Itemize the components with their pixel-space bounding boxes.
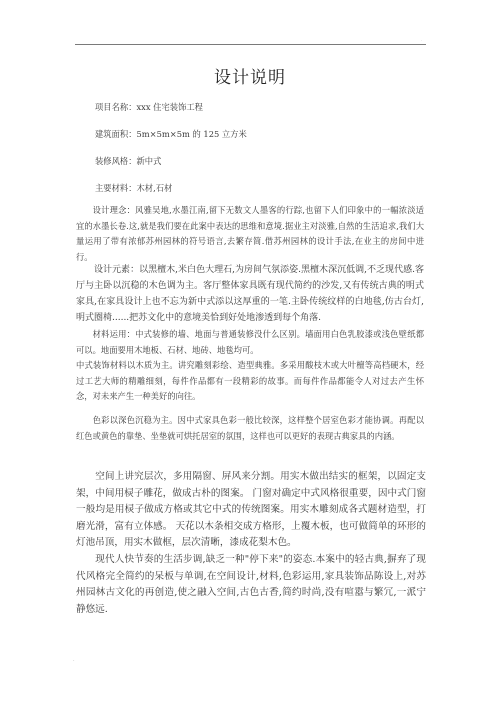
paragraph-design-elements: 设计元素：以黑檀木,米白色大理石,为房间气氛添姿.黑檀木深沉低调,不乏现代感.客… <box>76 262 424 326</box>
field-project-name: 项目名称：xxx 住宅装饰工程 <box>95 101 203 113</box>
field-main-materials: 主要材料：木材,石材 <box>95 182 172 194</box>
paragraph-modern-life: 现代人快节奏的生活步调,缺乏一种"停下来"的姿态.本案中的轻古典,摒弃了现代风格… <box>76 552 426 618</box>
field-decoration-style: 装修风格：新中式 <box>95 155 161 167</box>
header-mark: · <box>421 38 422 43</box>
field-building-area: 建筑面积：5m×5m×5m 的 125 立方米 <box>95 128 247 140</box>
document-title: 设计说明 <box>0 63 500 88</box>
field-value: 5m×5m×5m 的 125 立方米 <box>137 129 247 139</box>
field-value: 木材,石材 <box>137 183 173 193</box>
footer-mark: · <box>73 658 75 664</box>
paragraph-colors: 色彩以深色沉稳为主。因中式家具色彩一般比较深，这样整个居室色彩才能协调。再配以红… <box>76 413 424 444</box>
paragraph-space: 空间上讲究层次，多用隔窗、屏风来分割。用实木做出结实的框架，以固定支架，中间用棂… <box>76 469 426 552</box>
field-label: 建筑面积： <box>95 129 137 139</box>
field-label: 主要材料： <box>95 183 137 193</box>
field-value: 新中式 <box>137 156 162 166</box>
field-label: 项目名称： <box>95 102 137 112</box>
field-label: 装修风格： <box>95 156 137 166</box>
paragraph-design-concept: 设计理念：风雅吴地,水墨江南,留下无数文人墨客的行踪,也留下人们印象中的一幅浓淡… <box>76 203 424 265</box>
field-value: xxx 住宅装饰工程 <box>137 102 203 112</box>
header-rule <box>75 44 426 45</box>
paragraph-materials: 材料运用：中式装修的墙、地面与普通装修没什么区别。墙面用白色乳胶漆或浅色壁纸都可… <box>76 327 424 405</box>
